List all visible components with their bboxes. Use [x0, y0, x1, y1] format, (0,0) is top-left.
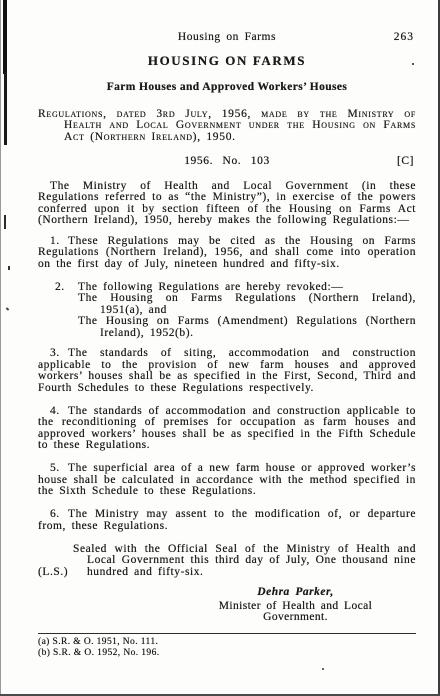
regulation-paragraph-5: 5.The superficial area of a new farm hou… — [38, 463, 416, 498]
signatory-name: Dehra Parker, — [203, 587, 388, 599]
scan-edge-left-line — [0, 0, 1, 696]
signatory-title: Minister of Health and Local Government. — [203, 601, 388, 624]
regulation-paragraph-1: 1.These Regulations may be cited as the … — [38, 236, 416, 271]
preamble-paragraph: The Ministry of Health and Local Governm… — [38, 181, 416, 227]
classification-mark: [C] — [397, 156, 414, 168]
revoked-regulation-item: The Housing on Farms Regulations (Northe… — [38, 293, 416, 316]
sealing-clause: (L.S.) Sealed with the Official Seal of … — [38, 544, 416, 579]
signature-block: Dehra Parker, Minister of Health and Loc… — [203, 587, 388, 624]
footnote-rule — [38, 633, 416, 634]
page-subtitle: Farm Houses and Approved Workers’ Houses — [38, 82, 416, 94]
paragraph-text: The superficial area of a new farm house… — [38, 462, 416, 497]
regulation-paragraph-6: 6.The Ministry may assent to the modific… — [38, 509, 416, 532]
scan-ink-blot — [4, 72, 7, 145]
page-number: 263 — [394, 32, 414, 44]
paragraph-text: The standards of accommodation and const… — [38, 405, 416, 452]
scan-ink-blot — [4, 215, 6, 229]
regulation-paragraph-2: 2.The following Regulations are hereby r… — [38, 282, 416, 340]
document-page: Housing on Farms 263 HOUSING ON FARMS Fa… — [0, 0, 440, 696]
running-title: Housing on Farms — [178, 31, 276, 43]
page-content: Housing on Farms 263 HOUSING ON FARMS Fa… — [38, 32, 416, 659]
paragraph-text: The following Regulations are hereby rev… — [78, 281, 343, 293]
footnote-b: (b) S.R. & O. 1952, No. 196. — [38, 648, 416, 659]
locus-sigilli-mark: (L.S.) — [38, 567, 68, 579]
scan-speck — [8, 266, 10, 270]
regulation-paragraph-3: 3.The standards of siting, accommodation… — [38, 348, 416, 394]
running-header: Housing on Farms 263 — [38, 32, 416, 44]
paragraph-number: 2. — [55, 282, 78, 294]
scan-speck — [6, 307, 10, 310]
footnote-a: (a) S.R. & O. 1951, No. 111. — [38, 637, 416, 648]
scan-speck — [322, 668, 324, 670]
page-title: HOUSING ON FARMS — [38, 55, 416, 67]
regulations-caption: Regulations, dated 3rd July, 1956, made … — [38, 109, 416, 144]
paragraph-text: The standards of siting, accommodation a… — [38, 347, 416, 394]
sealing-clause-text: Sealed with the Official Seal of the Min… — [73, 543, 416, 578]
paragraph-text: These Regulations may be cited as the Ho… — [38, 235, 416, 270]
regulation-paragraph-4: 4.The standards of accommodation and con… — [38, 406, 416, 452]
statutory-number-line: 1956. No. 103 [C] — [38, 156, 416, 168]
footnotes: (a) S.R. & O. 1951, No. 111. (b) S.R. & … — [38, 637, 416, 659]
scan-ink-blot — [3, 0, 7, 74]
revoked-regulation-item: The Housing on Farms (Amendment) Regulat… — [38, 316, 416, 339]
paragraph-text: The Ministry may assent to the modificat… — [38, 508, 416, 532]
statutory-number: 1956. No. 103 — [184, 155, 270, 167]
